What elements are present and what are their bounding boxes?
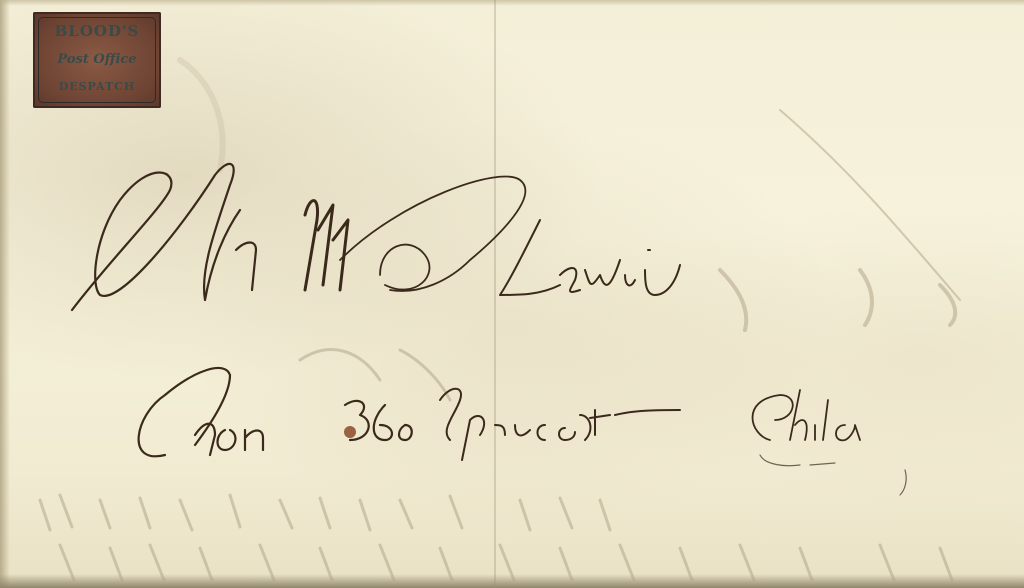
address-line1-lewis	[500, 220, 680, 295]
handwritten-address	[0, 0, 1024, 588]
address-line1-mr	[72, 164, 256, 310]
address-line1-w	[305, 201, 348, 290]
address-line2-street	[440, 389, 680, 460]
address-line2-mon	[139, 368, 263, 456]
address-line2-city	[753, 390, 861, 440]
envelope-cover: BLOOD'S Post Office DESPATCH Mr W D L	[0, 0, 1024, 588]
address-line1-d	[340, 177, 525, 291]
